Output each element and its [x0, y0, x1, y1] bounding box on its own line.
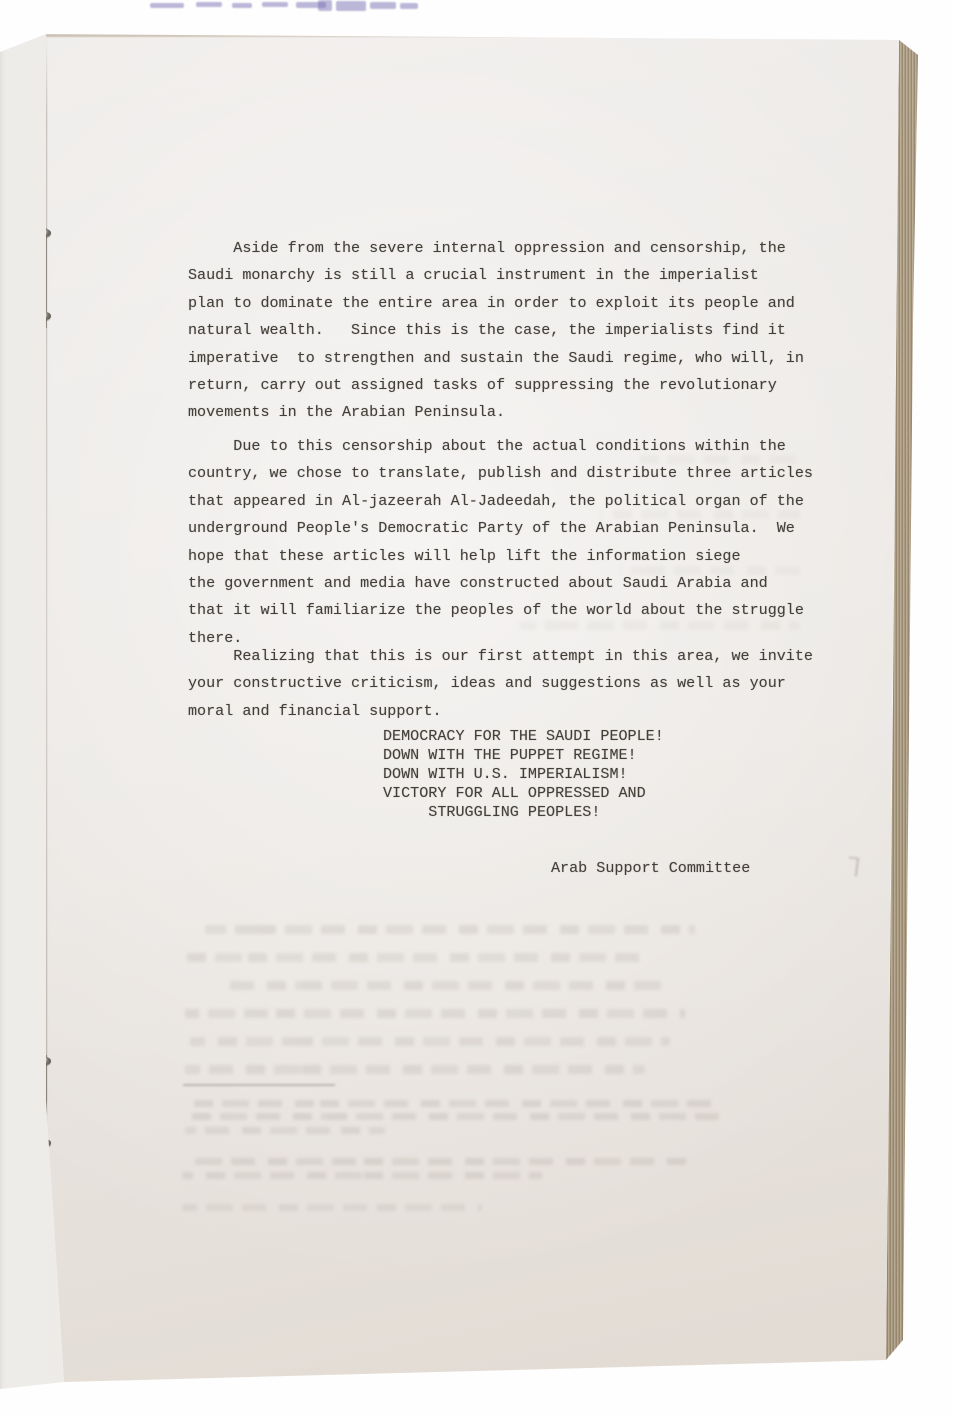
text-line: Realizing that this is our first attempt…: [188, 643, 813, 670]
text-line: hope that these articles will help lift …: [188, 543, 813, 570]
print-fragment: [196, 2, 222, 7]
text-line: Saudi monarchy is still a crucial instru…: [188, 262, 804, 289]
bleed-through-line: [205, 925, 695, 934]
bleed-through-line: [183, 953, 648, 962]
text-line: return, carry out assigned tasks of supp…: [188, 372, 804, 399]
bleed-through-line: [190, 1100, 720, 1107]
book-page-photo: Aside from the severe internal oppressio…: [0, 0, 953, 1417]
bleed-through-line: [185, 1065, 645, 1074]
print-fragment: [150, 3, 184, 8]
print-fragment: [318, 0, 332, 11]
text-line: your constructive criticism, ideas and s…: [188, 670, 813, 697]
text-line: natural wealth. Since this is the case, …: [188, 317, 804, 344]
print-fragment: [400, 3, 418, 9]
text-line: that it will familiarize the peoples of …: [188, 597, 813, 624]
text-line: moral and financial support.: [188, 698, 813, 725]
print-fragments: [0, 0, 953, 20]
text-line: DEMOCRACY FOR THE SAUDI PEOPLE!: [383, 727, 664, 746]
text-line: VICTORY FOR ALL OPPRESSED AND: [383, 784, 664, 803]
bleed-through-line: [225, 981, 665, 990]
print-fragment: [336, 1, 366, 11]
text-line: Due to this censorship about the actual …: [188, 433, 813, 460]
paragraph-2: Due to this censorship about the actual …: [188, 433, 813, 652]
paragraph-1: Aside from the severe internal oppressio…: [188, 235, 804, 427]
bleed-through-line: [182, 1204, 482, 1211]
text-line: that appeared in Al-jazeerah Al-Jadeedah…: [188, 488, 813, 515]
text-line: imperative to strengthen and sustain the…: [188, 345, 804, 372]
bleed-through-line: [190, 1037, 670, 1046]
signature: Arab Support Committee: [551, 859, 750, 878]
paragraph-3: Realizing that this is our first attempt…: [188, 643, 813, 725]
book-page: Aside from the severe internal oppressio…: [0, 0, 953, 1417]
text-line: DOWN WITH U.S. IMPERIALISM!: [383, 765, 664, 784]
print-fragment: [232, 3, 252, 8]
bleed-through-line: [185, 1009, 685, 1018]
bleed-through-rule: [183, 1084, 335, 1086]
slogan-block: DEMOCRACY FOR THE SAUDI PEOPLE!DOWN WITH…: [383, 727, 664, 822]
bleed-through-line: [185, 1113, 725, 1120]
text-line: Aside from the severe internal oppressio…: [188, 235, 804, 262]
print-fragment: [262, 2, 288, 7]
text-line: underground People's Democratic Party of…: [188, 515, 813, 542]
text-line: the government and media have constructe…: [188, 570, 813, 597]
bleed-through-line: [182, 1172, 542, 1179]
text-line: STRUGGLING PEOPLES!: [383, 803, 664, 822]
text-line: DOWN WITH THE PUPPET REGIME!: [383, 746, 664, 765]
bleed-through-line: [195, 1158, 695, 1165]
text-line: movements in the Arabian Peninsula.: [188, 399, 804, 426]
print-fragment: [370, 2, 396, 9]
text-line: country, we chose to translate, publish …: [188, 460, 813, 487]
text-line: plan to dominate the entire area in orde…: [188, 290, 804, 317]
bleed-through-line: [185, 1127, 385, 1134]
